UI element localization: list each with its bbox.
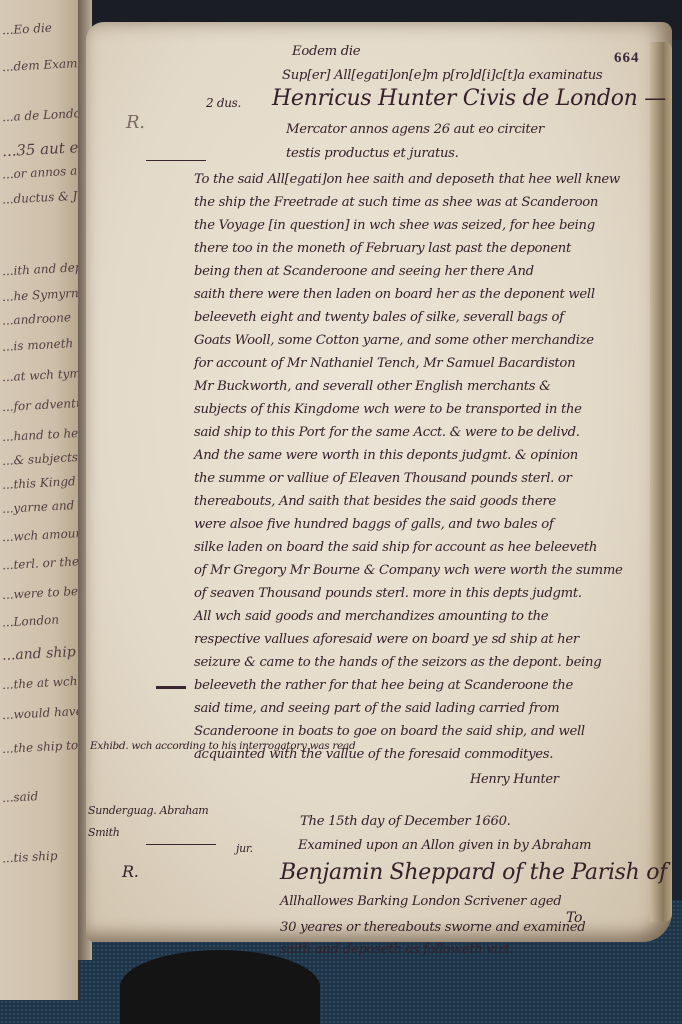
deponent-2-line: 30 yeares or thereabouts sworne and exam… (280, 920, 585, 935)
deposition-line: Mr Buckworth, and severall other English… (194, 379, 551, 394)
deposition-line: for account of Mr Nathaniel Tench, Mr Sa… (194, 356, 575, 371)
catchword: To (566, 910, 582, 926)
left-page-line: ...androone (2, 310, 72, 328)
margin-name: Sunderguag. Abraham (88, 804, 208, 817)
left-page-line: ...terl. or there (2, 554, 80, 573)
left-page-line: ...he Symyrn (2, 286, 79, 304)
deponent-2-line: Allhallowes Barking London Scrivener age… (280, 894, 561, 909)
deposition-line: And the same were worth in this deponts … (194, 448, 578, 463)
manuscript-page: 664 Eodem die Sup[er] All[egati]on[e]m p… (86, 22, 672, 942)
left-page-line: ...hand to he (2, 426, 79, 444)
deposition-line: saith there were then laden on board her… (194, 287, 595, 302)
left-page-line: ...is moneth (2, 336, 74, 354)
deposition-line: beleeveth eight and twenty bales of silk… (194, 310, 564, 325)
date-line: The 15th day of December 1660. (300, 814, 511, 829)
left-page-line: ...said (2, 789, 39, 805)
left-page-line: ...or annos agen (2, 162, 80, 181)
deposition-line: All wch said goods and merchandizes amou… (194, 609, 548, 624)
left-page-line: ...this Kingd (2, 474, 76, 492)
margin-rule (146, 160, 206, 161)
deposition-line: subjects of this Kingdome wch were to be… (194, 402, 582, 417)
deponent-1-line: testis productus et juratus. (286, 146, 459, 161)
heading-line-1: Eodem die (292, 44, 360, 59)
page-edge (650, 42, 672, 922)
deposition-line: of seaven Thousand pounds sterl. more in… (194, 586, 582, 601)
deposition-line: said time, and seeing part of the said l… (194, 701, 559, 716)
left-page-line: ...at wch tyme (2, 366, 80, 384)
left-page-line: ...35 aut eo (2, 138, 80, 160)
deposition-line: were alsoe five hundred baggs of galls, … (194, 517, 553, 532)
deponent-2-name-line: Benjamin Sheppard of the Parish of (280, 860, 667, 885)
deposition-line: seizure & came to the hands of the seizo… (194, 655, 601, 670)
left-page: ...Eo die ...dem Exami ...a de London ..… (0, 0, 80, 1000)
deposition-line: the summe or valliue of Eleaven Thousand… (194, 471, 572, 486)
deposition-line: beleeveth the rather for that hee being … (194, 678, 573, 693)
deposition-line: of Mr Gregory Mr Bourne & Company wch we… (194, 563, 623, 578)
margin-mark-r: R. (126, 112, 145, 133)
deposition-line: the Voyage [in question] in wch shee was… (194, 218, 595, 233)
left-page-line: ...and ship (2, 644, 77, 664)
deposition-line: To the said All[egati]on hee saith and d… (194, 172, 620, 187)
deposition-line: being then at Scanderoone and seeing her… (194, 264, 534, 279)
left-page-line: ...ith and depo (2, 260, 80, 279)
page-number: 664 (614, 50, 640, 67)
examined-line: Examined upon an Allon given in by Abrah… (298, 838, 591, 853)
deposition-line: silke laden on board the said ship for a… (194, 540, 597, 555)
deposition-line: there too in the moneth of February last… (194, 241, 571, 256)
deponent-1-name-line: Henricus Hunter Civis de London — (272, 86, 666, 111)
margin-ordinal: 2 dus. (206, 96, 241, 110)
deposition-line: thereabouts, And saith that besides the … (194, 494, 556, 509)
left-page-line: ...a de London (2, 106, 80, 125)
deponent-1-line: Mercator annos agens 26 aut eo circiter (286, 122, 544, 137)
left-page-line: ...would have (2, 704, 80, 722)
left-page-line: ...were to be (2, 584, 79, 602)
left-page-line: ...wch amount (2, 526, 80, 544)
deponent-2-line: saith and deposeth as followeth vizt. (280, 942, 513, 957)
left-page-line: ...Eo die (2, 21, 53, 38)
left-page-line: ...ductus & Jurat (2, 187, 80, 206)
margin-note: Exhibd. wch according to his interrogato… (90, 740, 355, 752)
left-page-line: ...London (2, 613, 60, 630)
left-page-line: ...for adventu (2, 396, 80, 414)
deposition-line: the ship the Freetrade at such time as s… (194, 195, 598, 210)
left-page-line: ...the ship to (2, 738, 79, 756)
deposition-line: Scanderoone in boats to goe on board the… (194, 724, 585, 739)
left-page-line: ...yarne and (2, 498, 75, 516)
deposition-line: respective vallues aforesaid were on boa… (194, 632, 579, 647)
background-shadow (120, 950, 320, 1024)
deposition-line: Goats Wooll, some Cotton yarne, and some… (194, 333, 594, 348)
heading-line-2: Sup[er] All[egati]on[e]m p[ro]d[i]c[t]a … (282, 68, 602, 83)
margin-rule (146, 844, 216, 845)
left-page-line: ...tis ship (2, 849, 58, 866)
margin-mark-r: R. (122, 862, 139, 881)
jurat-mark: jur. (236, 842, 253, 855)
margin-dash (156, 686, 186, 689)
left-page-line: ...& subjects (2, 450, 79, 468)
left-page-line: ...the at wch (2, 674, 78, 692)
left-page-line: ...dem Exami (2, 56, 80, 74)
deposition-line: said ship to this Port for the same Acct… (194, 425, 580, 440)
signature-henry-hunter: Henry Hunter (470, 772, 559, 787)
margin-name: Smith (88, 826, 120, 839)
